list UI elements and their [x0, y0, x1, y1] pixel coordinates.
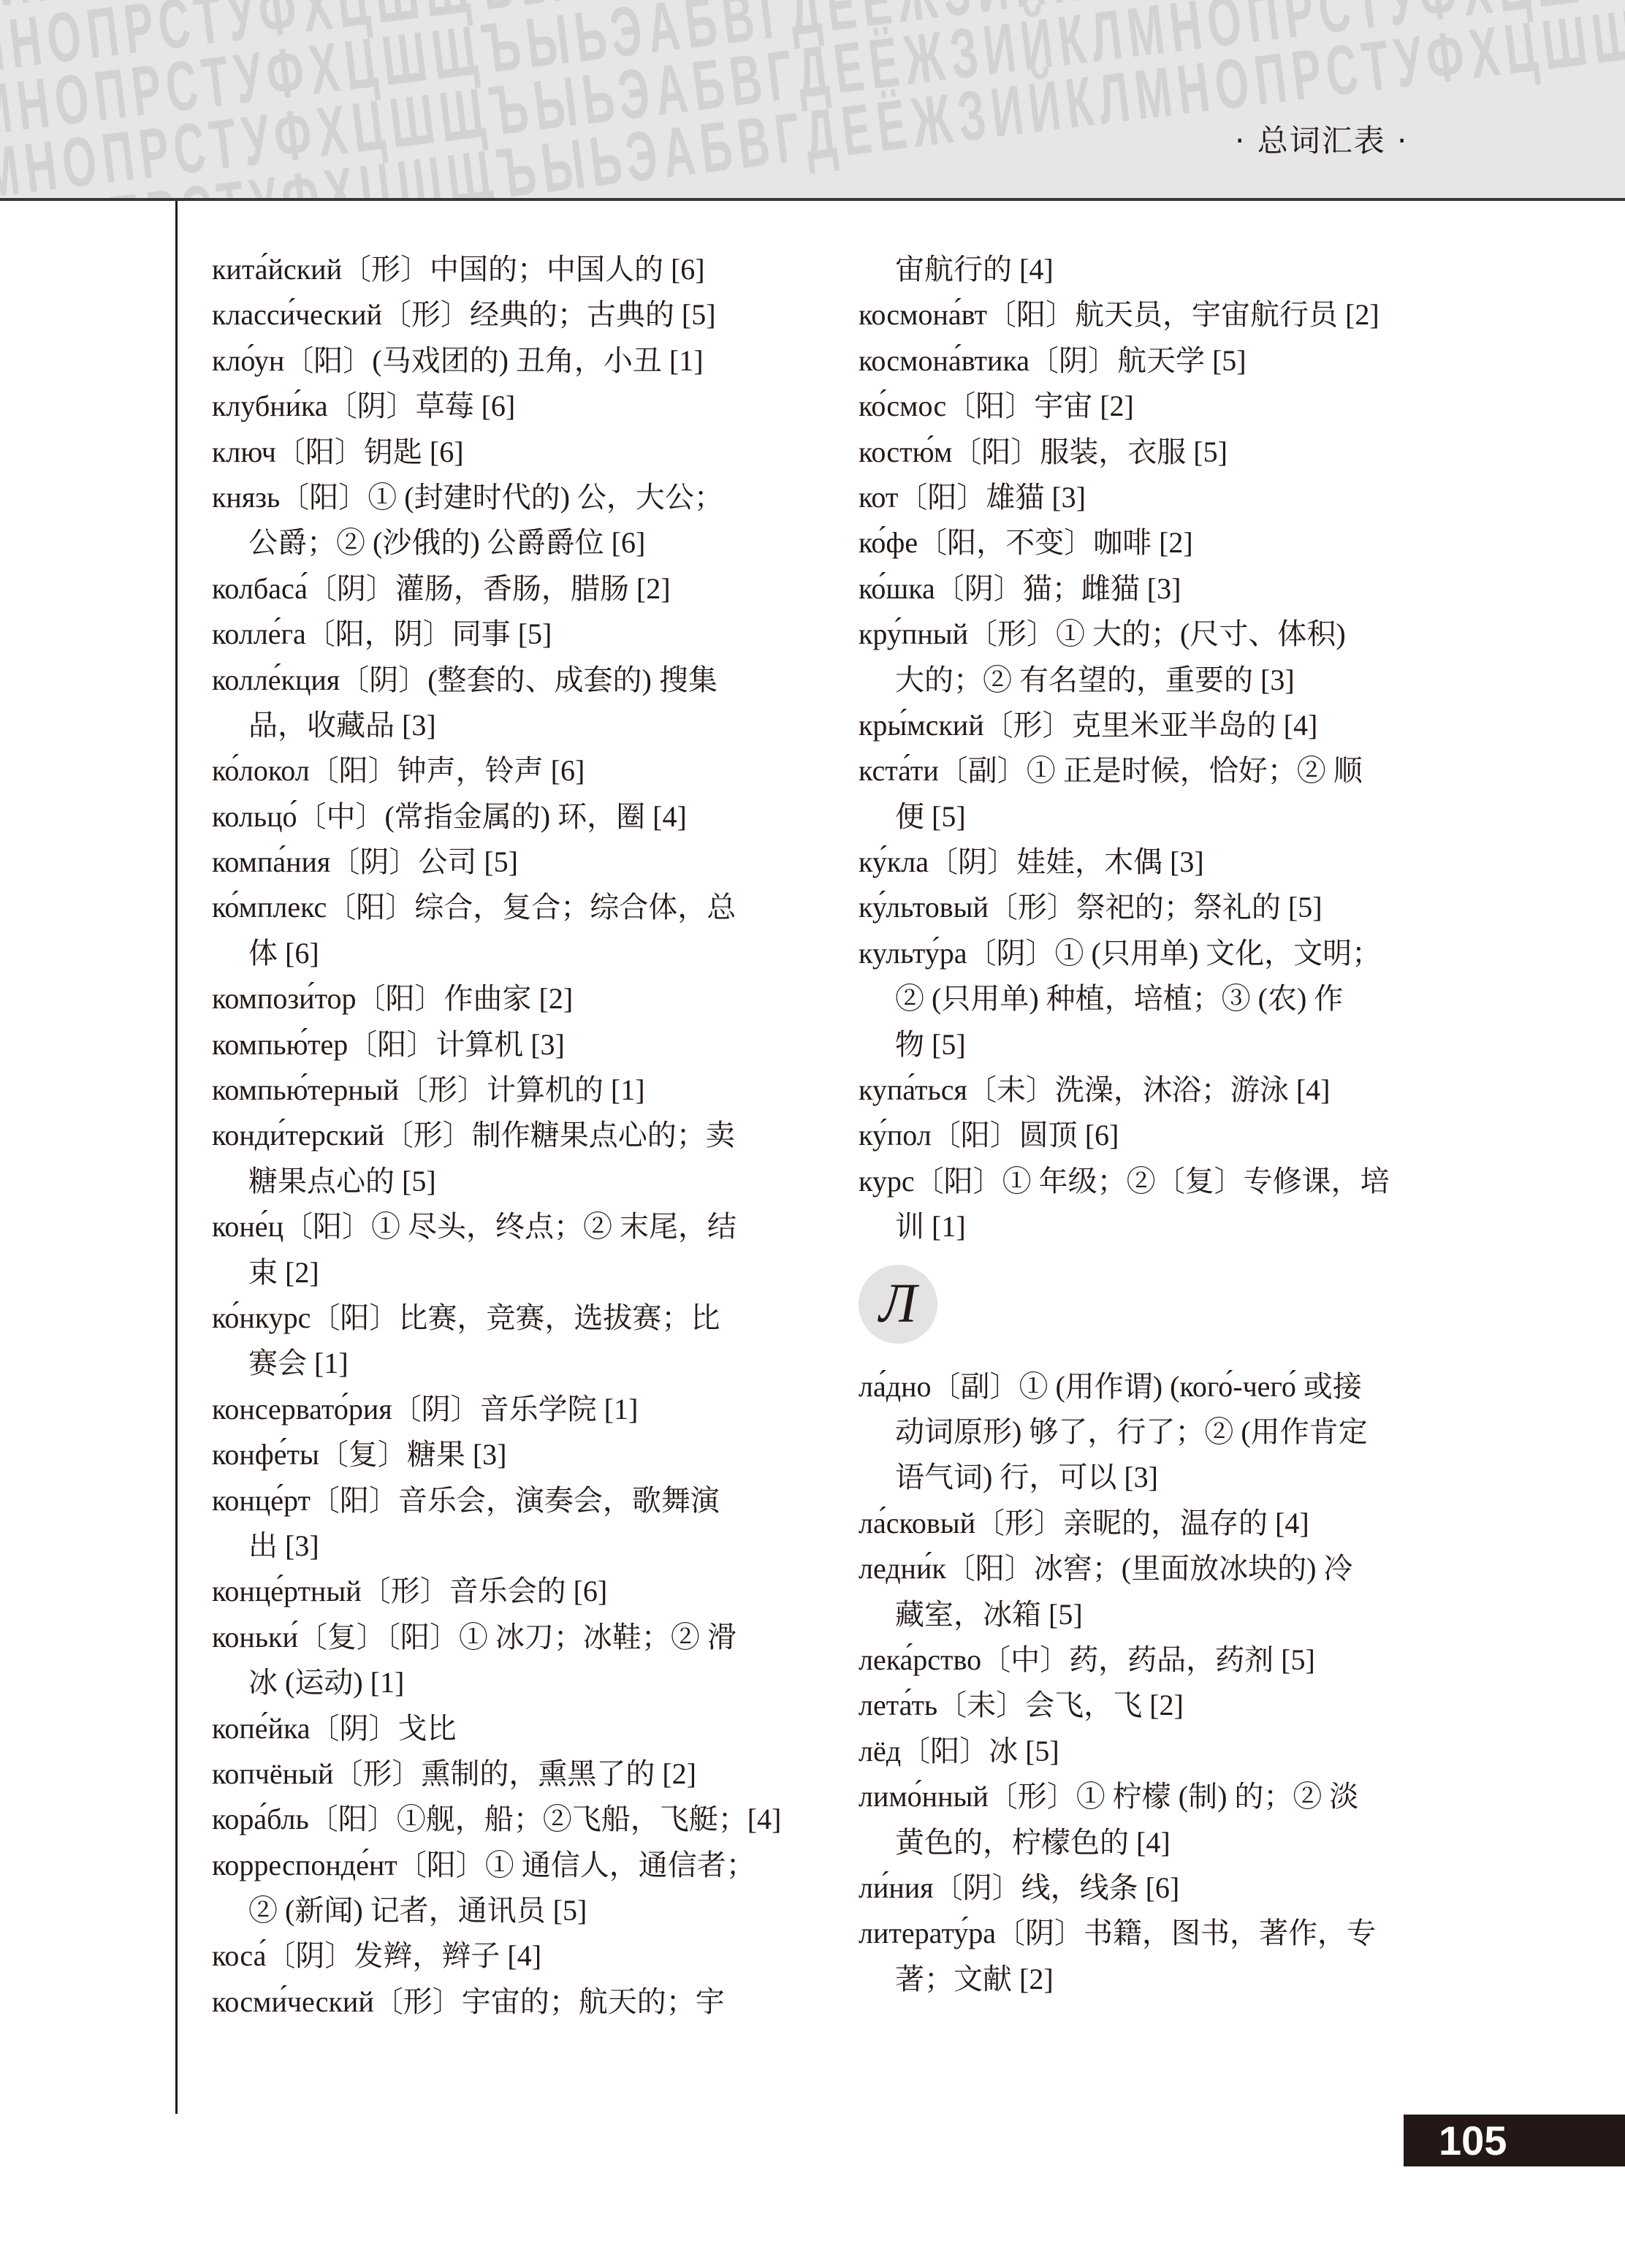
dictionary-entry: ко́смос〔阳〕宇宙 [2]	[859, 384, 1443, 429]
dictionary-entry: колбаса́〔阴〕灌肠，香肠，腊肠 [2]	[212, 566, 796, 612]
dictionary-entry: костю́м〔阳〕服装，衣服 [5]	[859, 430, 1443, 475]
left-column: кита́йский〔形〕中国的；中国人的 [6]класси́ческий〔形…	[212, 247, 796, 2025]
dictionary-entry: клубни́ка〔阴〕草莓 [6]	[212, 384, 796, 429]
dictionary-entry: ледни́к〔阳〕冰窖；(里面放冰块的) 冷	[859, 1546, 1443, 1591]
dictionary-entry: ко́локол〔阳〕钟声，铃声 [6]	[212, 748, 796, 794]
entry-continuation-line: 大的；② 有名望的，重要的 [3]	[859, 658, 1443, 703]
dictionary-entry: ли́ния〔阴〕线，线条 [6]	[859, 1865, 1443, 1911]
dictionary-entry: коньки́〔复〕〔阳〕① 冰刀；冰鞋；② 滑	[212, 1615, 796, 1660]
dictionary-entry: кот〔阳〕雄猫 [3]	[859, 475, 1443, 520]
dictionary-entry: кора́бль〔阳〕①舰，船；②飞船，飞艇；[4]	[212, 1797, 796, 1842]
dictionary-entry: ко́фе〔阳，不变〕咖啡 [2]	[859, 520, 1443, 566]
margin-rule	[175, 201, 178, 2114]
dictionary-entry: кста́ти〔副〕① 正是时候，恰好；② 顺	[859, 748, 1443, 794]
dictionary-entry: кру́пный〔形〕① 大的；(尺寸、体积)	[859, 612, 1443, 657]
dictionary-entry: корреспонде́нт〔阳〕① 通信人，通信者；	[212, 1843, 796, 1888]
dictionary-entry: лека́рство〔中〕药，药品，药剂 [5]	[859, 1637, 1443, 1683]
dictionary-entry: культу́ра〔阴〕① (只用单) 文化，文明；	[859, 931, 1443, 976]
dictionary-entry: ку́кла〔阴〕娃娃，木偶 [3]	[859, 840, 1443, 885]
entry-continuation-line: ② (新闻) 记者，通讯员 [5]	[212, 1888, 796, 1933]
dictionary-entry: кольцо́〔中〕(常指金属的) 环，圈 [4]	[212, 794, 796, 840]
entry-continuation-line: 语气词) 行，可以 [3]	[859, 1455, 1443, 1500]
dictionary-entry: компози́тор〔阳〕作曲家 [2]	[212, 976, 796, 1021]
letter-section-badge: Л	[859, 1265, 937, 1344]
dictionary-entry: конце́рт〔阳〕音乐会，演奏会，歌舞演	[212, 1478, 796, 1523]
entry-continuation-line: 出 [3]	[212, 1523, 796, 1569]
dictionary-entry: космона́втика〔阴〕航天学 [5]	[859, 338, 1443, 384]
entry-continuation-line: 赛会 [1]	[212, 1341, 796, 1386]
dictionary-entry: купа́ться〔未〕洗澡，沐浴；游泳 [4]	[859, 1068, 1443, 1113]
entry-continuation-line: ② (只用单) 种植，培植；③ (农) 作	[859, 976, 1443, 1021]
dictionary-entry: консервато́рия〔阴〕音乐学院 [1]	[212, 1387, 796, 1432]
dictionary-entry: ко́мплекс〔阳〕综合，复合；综合体，总	[212, 885, 796, 930]
dictionary-entry: ла́сковый〔形〕亲昵的，温存的 [4]	[859, 1501, 1443, 1546]
entry-continuation-line: 公爵；② (沙俄的) 公爵爵位 [6]	[212, 520, 796, 566]
dictionary-entry: курс〔阳〕① 年级；②〔复〕专修课，培	[859, 1159, 1443, 1204]
dictionary-entry: компа́ния〔阴〕公司 [5]	[212, 840, 796, 885]
page-header: ИЙКЛМНОПРСТУФХЦШЩЪЫЬЭАБВГДЕЁЖЗИЙКЛМНОПРС…	[0, 0, 1625, 201]
dictionary-entry: конце́ртный〔形〕音乐会的 [6]	[212, 1569, 796, 1614]
dictionary-entry: ку́пол〔阳〕圆顶 [6]	[859, 1113, 1443, 1158]
dictionary-entry: лета́ть〔未〕会飞，飞 [2]	[859, 1683, 1443, 1728]
entry-continuation-line: 著；文献 [2]	[859, 1957, 1443, 2002]
entry-continuation-line: 冰 (运动) [1]	[212, 1660, 796, 1705]
dictionary-entry: ключ〔阳〕钥匙 [6]	[212, 430, 796, 475]
entry-continuation-line: 糖果点心的 [5]	[212, 1159, 796, 1204]
dictionary-entry: колле́кция〔阴〕(整套的、成套的) 搜集	[212, 658, 796, 703]
dictionary-entry: ко́нкурс〔阳〕比赛，竞赛，选拔赛；比	[212, 1295, 796, 1341]
entry-continuation-line: 宙航行的 [4]	[859, 247, 1443, 292]
dictionary-entry: коне́ц〔阳〕① 尽头，终点；② 末尾，结	[212, 1204, 796, 1249]
entry-continuation-line: 体 [6]	[212, 931, 796, 976]
dictionary-entry: космона́вт〔阳〕航天员，宇宙航行员 [2]	[859, 292, 1443, 338]
dictionary-entry: колле́га〔阳，阴〕同事 [5]	[212, 612, 796, 657]
page-number-tab: 105	[1404, 2115, 1625, 2166]
dictionary-entry: конди́терский〔形〕制作糖果点心的；卖	[212, 1113, 796, 1158]
dictionary-entry: ко́шка〔阴〕猫；雌猫 [3]	[859, 566, 1443, 612]
cyrillic-watermark: ИЙКЛМНОПРСТУФХЦШЩЪЫЬЭАБВГДЕЁЖЗИЙКЛМНОПРС…	[0, 0, 1625, 201]
entry-continuation-line: 束 [2]	[212, 1250, 796, 1295]
dictionary-entry: класси́ческий〔形〕经典的；古典的 [5]	[212, 292, 796, 338]
entry-continuation-line: 便 [5]	[859, 794, 1443, 840]
dictionary-entry: лимо́нный〔形〕① 柠檬 (制) 的；② 淡	[859, 1774, 1443, 1819]
entry-continuation-line: 动词原形) 够了，行了；② (用作肯定	[859, 1409, 1443, 1455]
entry-continuation-line: 黄色的，柠檬色的 [4]	[859, 1820, 1443, 1865]
dictionary-entry: компью́тер〔阳〕计算机 [3]	[212, 1022, 796, 1068]
dictionary-entry: лёд〔阳〕冰 [5]	[859, 1729, 1443, 1774]
dictionary-entry: кры́мский〔形〕克里米亚半岛的 [4]	[859, 703, 1443, 748]
dictionary-entry: литерату́ра〔阴〕书籍，图书，著作，专	[859, 1911, 1443, 1956]
dictionary-entry: коса́〔阴〕发辫，辫子 [4]	[212, 1933, 796, 1979]
entry-continuation-line: 藏室，冰箱 [5]	[859, 1592, 1443, 1637]
page-number: 105	[1439, 2117, 1507, 2164]
right-column: 宙航行的 [4]космона́вт〔阳〕航天员，宇宙航行员 [2]космон…	[859, 247, 1443, 2002]
dictionary-entry: ла́дно〔副〕① (用作谓) (кого́-чего́ 或接	[859, 1364, 1443, 1409]
section-title: · 总词汇表 ·	[1235, 117, 1408, 161]
entry-continuation-line: 物 [5]	[859, 1022, 1443, 1068]
dictionary-entry: косми́ческий〔形〕宇宙的；航天的；宇	[212, 1979, 796, 2025]
dictionary-entry: конфе́ты〔复〕糖果 [3]	[212, 1432, 796, 1477]
dictionary-entry: ку́льтовый〔形〕祭祀的；祭礼的 [5]	[859, 885, 1443, 930]
dictionary-entry: копе́йка〔阴〕戈比	[212, 1706, 796, 1751]
entry-continuation-line: 品，收藏品 [3]	[212, 703, 796, 748]
dictionary-entry: кита́йский〔形〕中国的；中国人的 [6]	[212, 247, 796, 292]
dictionary-entry: компью́терный〔形〕计算机的 [1]	[212, 1068, 796, 1113]
dictionary-entry: копчёный〔形〕熏制的，熏黑了的 [2]	[212, 1751, 796, 1797]
entry-continuation-line: 训 [1]	[859, 1204, 1443, 1249]
dictionary-entry: кло́ун〔阳〕(马戏团的) 丑角，小丑 [1]	[212, 338, 796, 384]
dictionary-entry: князь〔阳〕① (封建时代的) 公，大公；	[212, 475, 796, 520]
